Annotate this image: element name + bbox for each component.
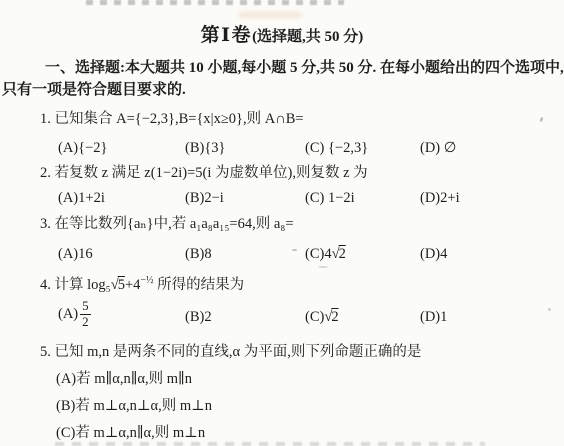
option-label: (B) xyxy=(185,309,204,325)
scan-smudge xyxy=(238,12,302,18)
exam-paper-page: 第Ⅰ卷(选择题,共 50 分) 一、选择题:本大题共 10 小题,每小题 5 分… xyxy=(0,0,564,446)
question-2-option-c: (C) 1−2i xyxy=(305,188,355,208)
question-3-options: (A)16 (B)8 (C)4√2 (D)4 xyxy=(0,244,564,266)
cropped-text-artifact-bottom xyxy=(55,442,485,446)
radicand: 2 xyxy=(339,246,346,262)
page-title-paren: (选择题,共 50 分) xyxy=(252,29,363,45)
question-1-options: (A){−2} (B){3} (C) {−2,3} (D) ∅ xyxy=(0,138,564,160)
option-value: 1−2i xyxy=(324,190,354,206)
page-title-main: 第Ⅰ卷 xyxy=(201,25,252,46)
question-2-option-b: (B)2−i xyxy=(185,188,224,208)
option-value: {3} xyxy=(204,140,225,156)
option-label: (C) xyxy=(305,140,324,156)
option-label: (A) xyxy=(58,140,78,156)
question-2-stem: 2. 若复数 z 满足 z(1−2i)=5(i 为虚数单位),则复数 z 为 xyxy=(40,163,564,183)
option-value: 1+2i xyxy=(78,190,105,206)
question-1-option-a: (A){−2} xyxy=(58,138,108,158)
instructions-line-1: 一、选择题:本大题共 10 小题,每小题 5 分,共 50 分. 在每小题给出的… xyxy=(2,57,562,79)
cropped-text-artifact-top xyxy=(86,0,344,5)
question-3: 3. 在等比数列{aₙ}中,若 a₁a₈a₁₅=64,则 a₈= (A)16 (… xyxy=(0,214,564,234)
option-label: (D) xyxy=(420,140,440,156)
section-instructions: 一、选择题:本大题共 10 小题,每小题 5 分,共 50 分. 在每小题给出的… xyxy=(2,57,562,101)
radicand: 2 xyxy=(331,309,338,325)
question-3-option-d: (D)4 xyxy=(420,244,447,264)
option-label: (C) xyxy=(305,246,324,262)
option-value: 4 xyxy=(324,246,331,262)
question-1-option-d: (D) ∅ xyxy=(420,138,456,158)
option-label: (C) xyxy=(305,190,324,206)
question-2-option-a: (A)1+2i xyxy=(58,188,105,208)
option-value: 1 xyxy=(440,309,447,325)
option-value: 16 xyxy=(78,246,93,262)
question-4-option-d: (D)1 xyxy=(420,307,447,327)
instructions-line-2: 只有一项是符合题目要求的. xyxy=(2,79,562,101)
option-value: 2−i xyxy=(204,190,223,206)
question-1-option-c: (C) {−2,3} xyxy=(305,138,368,158)
option-label: (B) xyxy=(56,398,75,414)
question-2-options: (A)1+2i (B)2−i (C) 1−2i (D)2+i xyxy=(0,188,564,210)
question-5-stem: 5. 已知 m,n 是两条不同的直线,α 为平面,则下列命题正确的是 xyxy=(40,342,564,362)
option-label: (A) xyxy=(58,304,78,324)
stem-text: +4 xyxy=(125,277,140,293)
question-1: 1. 已知集合 A={−2,3},B={x|x≥0},则 A∩B= (A){−2… xyxy=(0,109,564,129)
option-label: (A) xyxy=(58,190,78,206)
option-value: 若 m⊥α,n⊥α,则 m⊥n xyxy=(75,398,212,414)
question-1-option-b: (B){3} xyxy=(185,138,226,158)
question-1-stem: 1. 已知集合 A={−2,3},B={x|x≥0},则 A∩B= xyxy=(40,109,564,129)
stem-text: 所得的结果为 xyxy=(154,277,245,293)
option-value: 2 xyxy=(204,309,211,325)
question-3-option-a: (A)16 xyxy=(58,244,93,264)
exponent: −½ xyxy=(140,275,153,286)
option-label: (D) xyxy=(420,246,440,262)
question-4-options: (A)52 (B)2 (C)√2 (D)1 xyxy=(0,299,564,335)
question-3-option-b: (B)8 xyxy=(185,244,212,264)
option-label: (C) xyxy=(305,309,324,325)
option-label: (D) xyxy=(420,309,440,325)
question-4-option-a: (A)52 xyxy=(58,299,91,330)
option-value: {−2,3} xyxy=(324,140,368,156)
option-value: {−2} xyxy=(78,140,107,156)
scan-speck xyxy=(318,266,328,268)
stem-text: 4. 计算 log₅ xyxy=(40,277,111,293)
radicand: 5 xyxy=(118,277,125,293)
option-label: (C) xyxy=(56,425,75,441)
question-4-option-c: (C)√2 xyxy=(305,307,339,327)
question-4-stem: 4. 计算 log₅√5+4−½ 所得的结果为 xyxy=(40,271,564,295)
option-value: ∅ xyxy=(440,140,456,156)
fraction-denominator: 2 xyxy=(80,315,91,330)
page-title: 第Ⅰ卷(选择题,共 50 分) xyxy=(0,20,564,47)
option-value: 若 m∥α,n∥α,则 m∥n xyxy=(76,371,192,387)
fraction: 52 xyxy=(80,299,91,330)
question-5-option-c: (C)若 m⊥α,n∥α,则 m⊥n xyxy=(56,423,205,443)
question-2: 2. 若复数 z 满足 z(1−2i)=5(i 为虚数单位),则复数 z 为 (… xyxy=(0,163,564,183)
question-5: 5. 已知 m,n 是两条不同的直线,α 为平面,则下列命题正确的是 (A)若 … xyxy=(0,342,564,362)
option-label: (A) xyxy=(58,246,78,262)
question-4: 4. 计算 log₅√5+4−½ 所得的结果为 (A)52 (B)2 (C)√2… xyxy=(0,271,564,295)
option-label: (A) xyxy=(56,371,76,387)
question-5-option-a: (A)若 m∥α,n∥α,则 m∥n xyxy=(56,369,192,389)
option-value: 2+i xyxy=(440,190,459,206)
fraction-numerator: 5 xyxy=(80,299,91,315)
question-2-option-d: (D)2+i xyxy=(420,188,460,208)
question-3-option-c: (C)4√2 xyxy=(305,244,346,264)
option-label: (B) xyxy=(185,140,204,156)
question-3-stem: 3. 在等比数列{aₙ}中,若 a₁a₈a₁₅=64,则 a₈= xyxy=(40,214,564,234)
option-label: (B) xyxy=(185,246,204,262)
question-5-option-b: (B)若 m⊥α,n⊥α,则 m⊥n xyxy=(56,396,212,416)
question-4-option-b: (B)2 xyxy=(185,307,212,327)
option-value: 8 xyxy=(204,246,211,262)
option-label: (D) xyxy=(420,190,440,206)
option-value: 4 xyxy=(440,246,447,262)
option-label: (B) xyxy=(185,190,204,206)
option-value: 若 m⊥α,n∥α,则 m⊥n xyxy=(75,425,205,441)
